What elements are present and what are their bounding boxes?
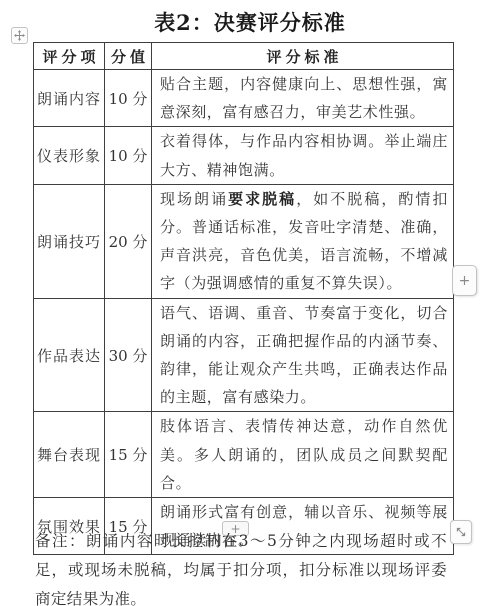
- criteria-cell[interactable]: 肢体语言、表情传神达意，动作自然优美。多人朗诵的，团队成员之间默契配合。: [152, 412, 454, 498]
- table-resize-handle[interactable]: [450, 520, 472, 544]
- criteria-cell[interactable]: 现场朗诵要求脱稿，如不脱稿，酌情扣分。普通话标准，发音吐字清楚、准确，声音洪亮，…: [152, 184, 454, 298]
- score-cell[interactable]: 15 分: [105, 412, 152, 498]
- item-cell[interactable]: 舞台表现: [34, 412, 105, 498]
- criteria-text: 现场朗诵: [160, 190, 228, 208]
- header-score: 分值: [105, 43, 152, 70]
- plus-icon: +: [459, 273, 471, 289]
- table-row: 朗诵技巧20 分现场朗诵要求脱稿，如不脱稿，酌情扣分。普通话标准，发音吐字清楚、…: [34, 184, 454, 298]
- criteria-cell[interactable]: 衣着得体，与作品内容相协调。举止端庄大方、精神饱满。: [152, 127, 454, 184]
- criteria-cell[interactable]: 语气、语调、重音、节奏富于变化，切合朗诵的内容，正确把握作品的内涵节奏、韵律，能…: [152, 298, 454, 412]
- item-cell[interactable]: 朗诵内容: [34, 70, 105, 127]
- criteria-text: 贴合主题，内容健康向上、思想性强，寓意深刻，富有感召力，审美艺术性强。: [160, 75, 448, 121]
- criteria-text: 肢体语言、表情传神达意，动作自然优美。多人朗诵的，团队成员之间默契配合。: [160, 417, 448, 491]
- scoring-table: 评分项 分值 评分标准 朗诵内容10 分贴合主题，内容健康向上、思想性强，寓意深…: [33, 42, 454, 555]
- insert-column-button[interactable]: +: [452, 265, 477, 296]
- header-item: 评分项: [34, 43, 105, 70]
- header-criteria: 评分标准: [152, 43, 454, 70]
- item-cell[interactable]: 仪表形象: [34, 127, 105, 184]
- item-cell[interactable]: 作品表达: [34, 298, 105, 412]
- page-title: 表2：决赛评分标准: [0, 7, 500, 37]
- score-cell[interactable]: 30 分: [105, 298, 152, 412]
- score-cell[interactable]: 10 分: [105, 70, 152, 127]
- criteria-cell[interactable]: 贴合主题，内容健康向上、思想性强，寓意深刻，富有感召力，审美艺术性强。: [152, 70, 454, 127]
- table-row: 朗诵内容10 分贴合主题，内容健康向上、思想性强，寓意深刻，富有感召力，审美艺术…: [34, 70, 454, 127]
- score-cell[interactable]: 10 分: [105, 127, 152, 184]
- header-row: 评分项 分值 评分标准: [34, 43, 454, 70]
- remark-paragraph: 备注：朗诵内容时长控制在3～5分钟之内现场超时或不足，或现场未脱稿，均属于扣分项…: [35, 527, 447, 606]
- score-cell[interactable]: 20 分: [105, 184, 152, 298]
- table-row: 仪表形象10 分衣着得体，与作品内容相协调。举止端庄大方、精神饱满。: [34, 127, 454, 184]
- criteria-text: 衣着得体，与作品内容相协调。举止端庄大方、精神饱满。: [160, 132, 448, 178]
- table-row: 舞台表现15 分肢体语言、表情传神达意，动作自然优美。多人朗诵的，团队成员之间默…: [34, 412, 454, 498]
- table-row: 作品表达30 分语气、语调、重音、节奏富于变化，切合朗诵的内容，正确把握作品的内…: [34, 298, 454, 412]
- item-cell[interactable]: 朗诵技巧: [34, 184, 105, 298]
- criteria-text-bold: 要求脱稿: [228, 190, 296, 208]
- criteria-text: 语气、语调、重音、节奏富于变化，切合朗诵的内容，正确把握作品的内涵节奏、韵律，能…: [160, 304, 448, 407]
- move-arrows-icon: [14, 30, 25, 41]
- diagonal-resize-icon: [455, 526, 467, 538]
- table-move-handle[interactable]: [11, 27, 28, 44]
